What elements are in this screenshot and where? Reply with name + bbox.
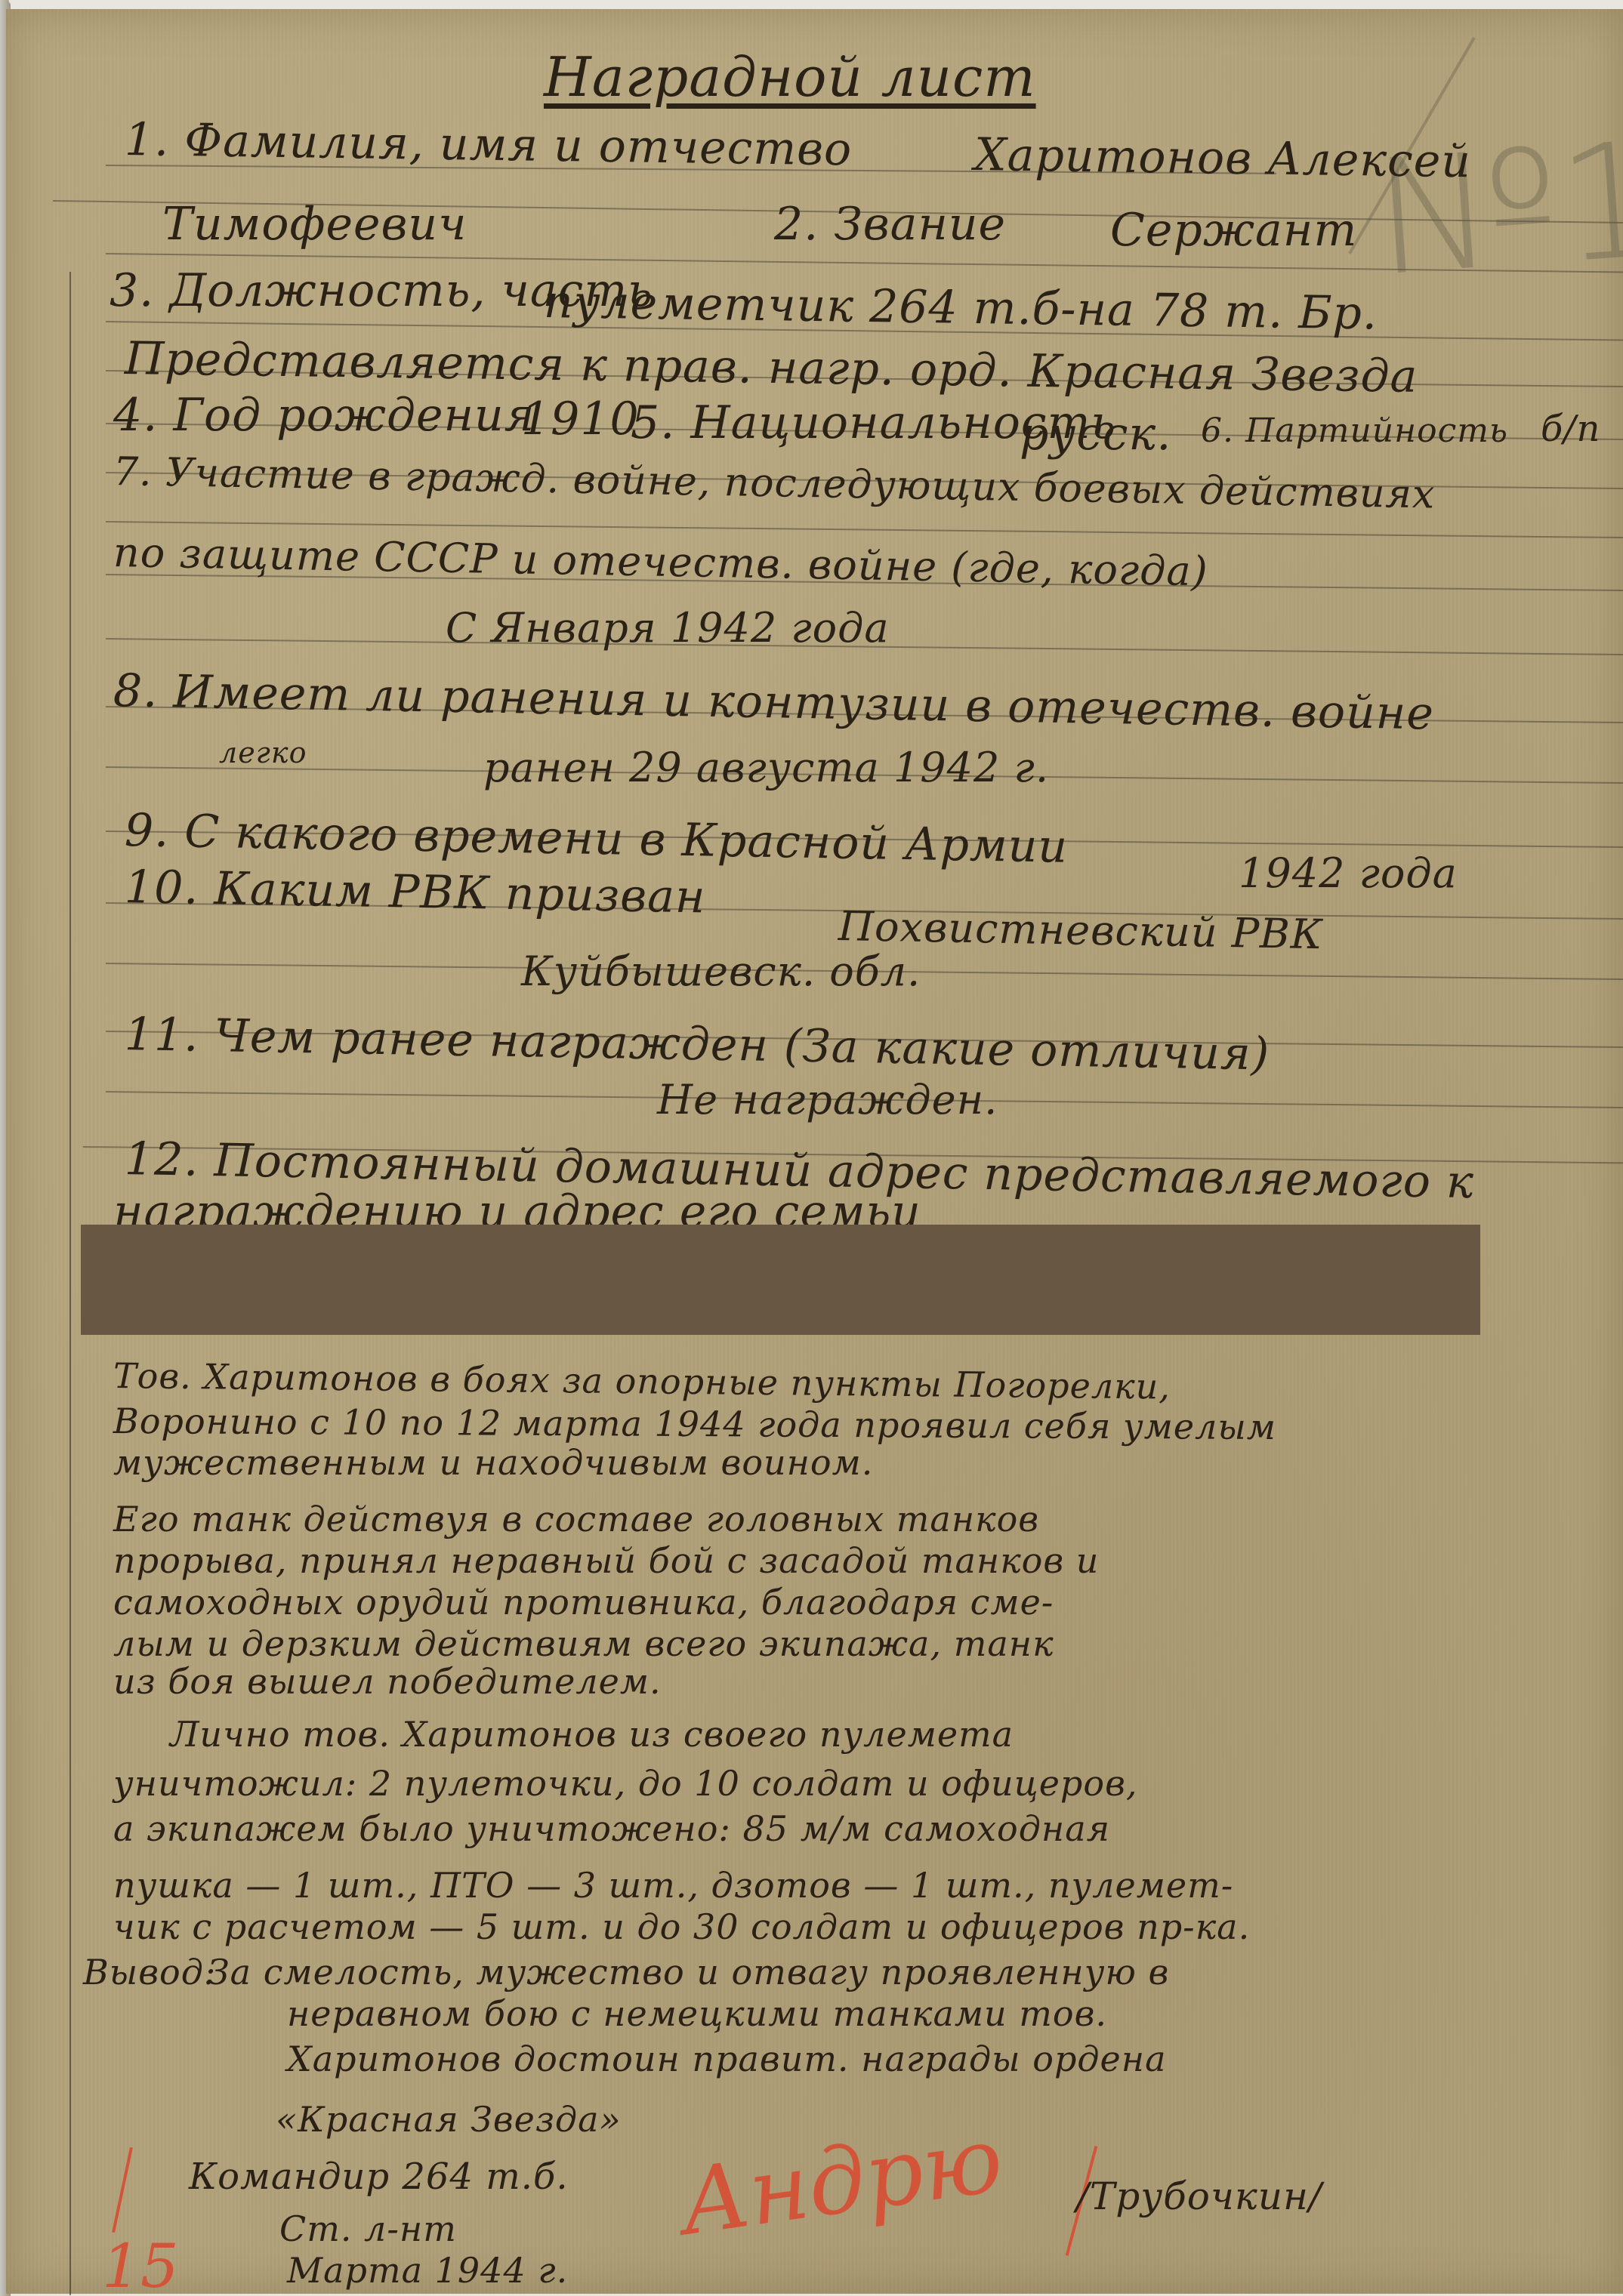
- narrative-line: прорыва, принял неравный бой с засадой т…: [113, 1540, 1099, 1581]
- q1-value-surname-name: Харитонов Алексей: [974, 128, 1472, 188]
- archive-number: №15: [1368, 100, 1623, 311]
- narrative-line: самоходных орудий противника, благодаря …: [113, 1582, 1054, 1623]
- conclusion-line: За смелость, мужество и отвагу проявленн…: [208, 1952, 1169, 1992]
- narrative-line: Лично тов. Харитонов из своего пулемета: [170, 1714, 1014, 1755]
- narrative-line: Его танк действуя в составе головных тан…: [113, 1499, 1039, 1539]
- signatory-name: /Трубочкин/: [1076, 2174, 1322, 2218]
- narrative-line: уничтожил: 2 пулеточки, до 10 солдат и о…: [113, 1763, 1137, 1804]
- signatory-rank: Ст. л-нт: [279, 2208, 457, 2249]
- q7-value: С Января 1942 года: [446, 604, 890, 652]
- q5-value: русск.: [1020, 408, 1171, 461]
- conclusion-line: неравном бою с немецкими танками тов.: [287, 1993, 1107, 2034]
- q6-value: б/п: [1541, 408, 1600, 450]
- conclusion-line: Харитонов достоин правит. награды ордена: [287, 2039, 1167, 2079]
- q9-value: 1942 года: [1239, 849, 1458, 897]
- q11-value: Не награжден.: [657, 1076, 998, 1123]
- q1-label: 1. Фамилия, имя и отчество: [125, 113, 853, 176]
- narrative-line: чик с расчетом — 5 шт. и до 30 солдат и …: [113, 1906, 1250, 1947]
- narrative-line: Воронино с 10 по 12 марта 1944 года проя…: [113, 1401, 1276, 1447]
- q10-label: 10. Каким РВК призван: [124, 861, 706, 923]
- q10-value-line2: Куйбышевск. обл.: [521, 948, 921, 995]
- q2-value: Сержант: [1110, 204, 1357, 257]
- margin-line: [69, 272, 71, 2295]
- signatory-position: Командир 264 т.б.: [189, 2156, 569, 2198]
- narrative-line: а экипажем было уничтожено: 85 м/м самох…: [113, 1808, 1110, 1849]
- narrative-line: из боя вышел победителем.: [113, 1661, 662, 1702]
- q6-label: 6. Партийность: [1201, 411, 1508, 450]
- document-title: Наградной лист: [544, 45, 1036, 109]
- q4-label: 4. Год рождения: [113, 389, 535, 442]
- q4-value: 1910: [521, 393, 640, 445]
- red-date-day: 15: [102, 2231, 179, 2296]
- q8-value: ранен 29 августа 1942 г.: [483, 744, 1049, 791]
- conclusion-label: Вывод:: [83, 1952, 216, 1992]
- narrative-line: лым и дерзким действиям всего экипажа, т…: [113, 1623, 1054, 1664]
- q2-label: 2. Звание: [774, 198, 1006, 251]
- perforated-edge: [6, 0, 1623, 14]
- conclusion-line: «Красная Звезда»: [276, 2099, 622, 2140]
- narrative-line: пушка — 1 шт., ПТО — 3 шт., дзотов — 1 ш…: [113, 1865, 1233, 1906]
- signature-date: Марта 1944 г.: [287, 2250, 568, 2291]
- q1-value-patronymic: Тимофеевич: [162, 198, 467, 251]
- redacted-address-block: [81, 1225, 1480, 1335]
- narrative-line: мужественным и находчивым воином.: [113, 1442, 873, 1483]
- q8-value-prefix: легко: [219, 736, 307, 769]
